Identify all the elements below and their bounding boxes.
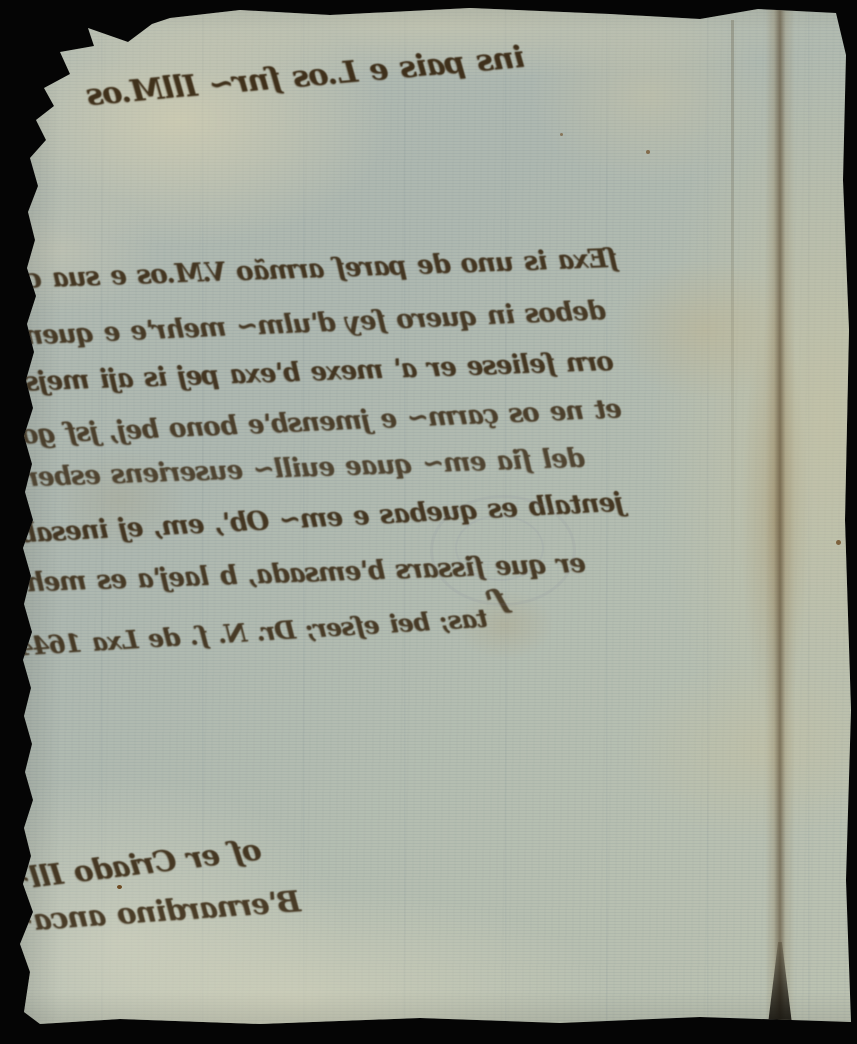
ink-speck (646, 150, 650, 154)
letter-paper-sheet: ins pais e L.os ſnr~ IllM.os ſExa is uno… (0, 0, 857, 1032)
signature-line-1: oſ er Criado Ill~ No (49, 832, 264, 892)
body-line-4: et ne os çarm~ e jmensb'e bono bej, jsf … (32, 394, 623, 450)
body-line-5: del ſia em~ quae euill~ euseriens esbers… (40, 443, 586, 492)
signature-line-2: B'ernardino anca~ (44, 884, 302, 936)
circular-stain-inner (455, 515, 544, 581)
fold-crease (765, 0, 795, 1032)
ink-speck (560, 133, 563, 136)
scan-background: ins pais e L.os ſnr~ IllM.os ſExa is uno… (0, 0, 857, 1044)
body-line-1: ſExa is uno de pareſ armão V.M.os e sua … (26, 244, 619, 295)
ink-speck (836, 540, 841, 545)
body-line-3: orn ſeliese er a' mexe b'exa pej is aji … (28, 347, 615, 397)
body-line-2: debos in quero ſey d'ulm~ mehr'e e quema… (50, 296, 607, 350)
letter-heading-script: ins pais e L.os ſnr~ IllM.os (244, 40, 526, 99)
ink-speck (117, 885, 122, 889)
